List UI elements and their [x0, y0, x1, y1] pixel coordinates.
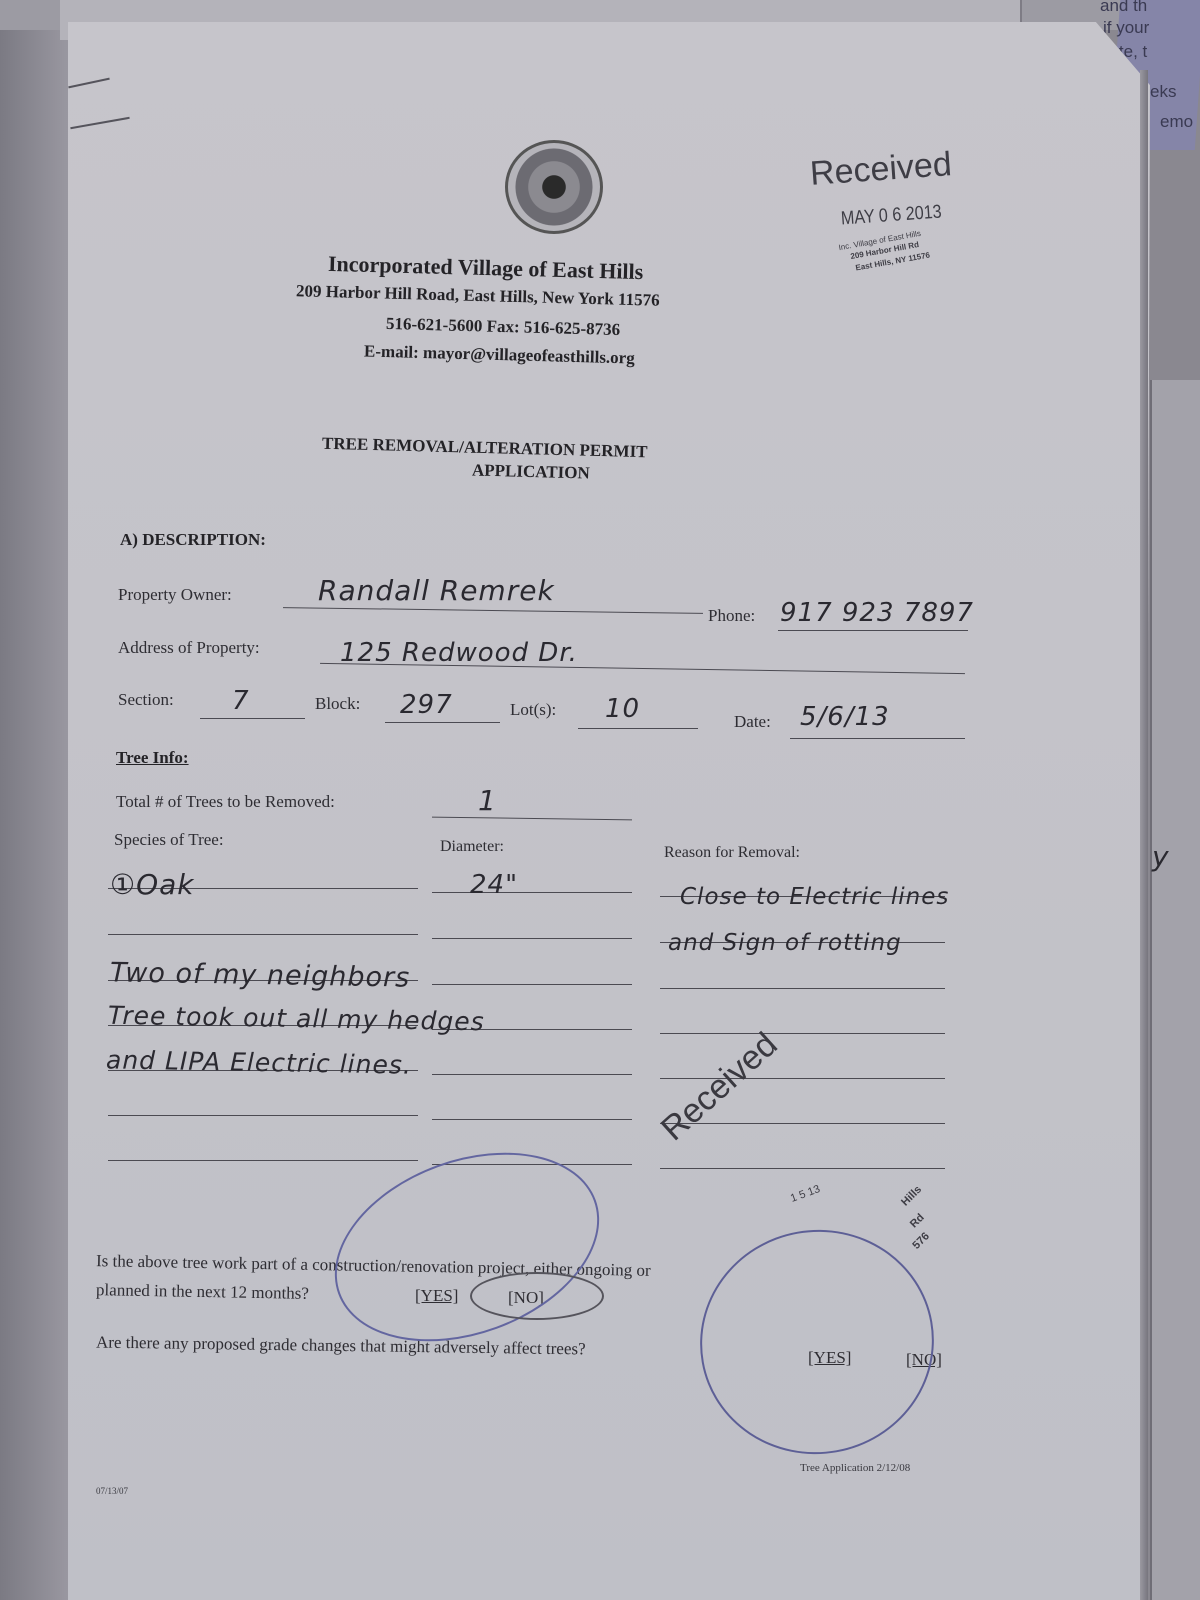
lots-underline — [578, 728, 698, 729]
blue-sheet-text: and th — [1100, 0, 1147, 16]
section-field[interactable]: 7 — [232, 686, 250, 716]
background-right-sheet — [1150, 380, 1200, 1600]
date-field[interactable]: 5/6/13 — [800, 702, 890, 732]
background-left — [0, 0, 70, 1600]
tree-species-1[interactable]: ①Oak — [110, 868, 195, 901]
table-rule-line — [660, 988, 945, 989]
section-label: Section: — [118, 690, 174, 710]
page-edge — [1140, 70, 1148, 1600]
diameter-header: Diameter: — [440, 838, 504, 856]
blue-sheet-text: eks — [1150, 82, 1176, 102]
block-label: Block: — [315, 694, 360, 714]
owner-field[interactable]: Randall Remrek — [318, 574, 555, 607]
table-rule-line — [108, 934, 418, 935]
section-heading: A) DESCRIPTION: — [120, 530, 266, 550]
table-rule-line — [108, 1160, 418, 1161]
note-line-3[interactable]: and LIPA Electric lines. — [106, 1045, 412, 1079]
tree-reason-1[interactable]: Close to Electric lines — [680, 884, 949, 910]
question-1-text-2: planned in the next 12 months? — [96, 1280, 309, 1304]
block-underline — [385, 722, 500, 723]
margin-mark: y — [1152, 840, 1170, 873]
table-rule-line — [432, 892, 632, 893]
form-subtitle: APPLICATION — [472, 460, 590, 483]
section-underline — [200, 718, 305, 719]
form-code: 07/13/07 — [96, 1486, 128, 1496]
phone-underline — [778, 630, 968, 631]
phone-field[interactable]: 917 923 7897 — [780, 598, 974, 628]
table-rule-line — [108, 1115, 418, 1116]
date-label: Date: — [734, 712, 771, 732]
blue-sheet-text: emo — [1160, 112, 1193, 132]
address-label: Address of Property: — [118, 638, 260, 658]
note-line-1[interactable]: Two of my neighbors — [110, 957, 411, 993]
table-rule-line — [660, 1033, 945, 1034]
answer-circle-no — [470, 1272, 604, 1320]
block-field[interactable]: 297 — [400, 690, 453, 720]
species-header: Species of Tree: — [114, 830, 224, 850]
owner-label: Property Owner: — [118, 585, 232, 605]
table-rule-line — [432, 1119, 632, 1120]
table-rule-line — [432, 938, 632, 939]
address-field[interactable]: 125 Redwood Dr. — [340, 638, 578, 668]
table-rule-line — [660, 1168, 945, 1169]
total-trees-label: Total # of Trees to be Removed: — [116, 792, 335, 812]
date-underline — [790, 738, 965, 739]
tree-info-heading: Tree Info: — [116, 748, 189, 768]
table-rule-line — [432, 1074, 632, 1075]
phone-label: Phone: — [708, 606, 755, 626]
tree-reason-2[interactable]: and Sign of rotting — [668, 930, 902, 956]
village-seal-icon — [505, 140, 603, 234]
lots-field[interactable]: 10 — [605, 694, 640, 724]
form-version: Tree Application 2/12/08 — [800, 1462, 910, 1474]
blue-sheet-text: if your — [1103, 18, 1149, 38]
lots-label: Lot(s): — [510, 700, 556, 720]
total-trees-field[interactable]: 1 — [478, 784, 497, 817]
reason-header: Reason for Removal: — [664, 844, 800, 862]
tree-diameter-1[interactable]: 24" — [470, 870, 518, 900]
table-rule-line — [432, 984, 632, 985]
